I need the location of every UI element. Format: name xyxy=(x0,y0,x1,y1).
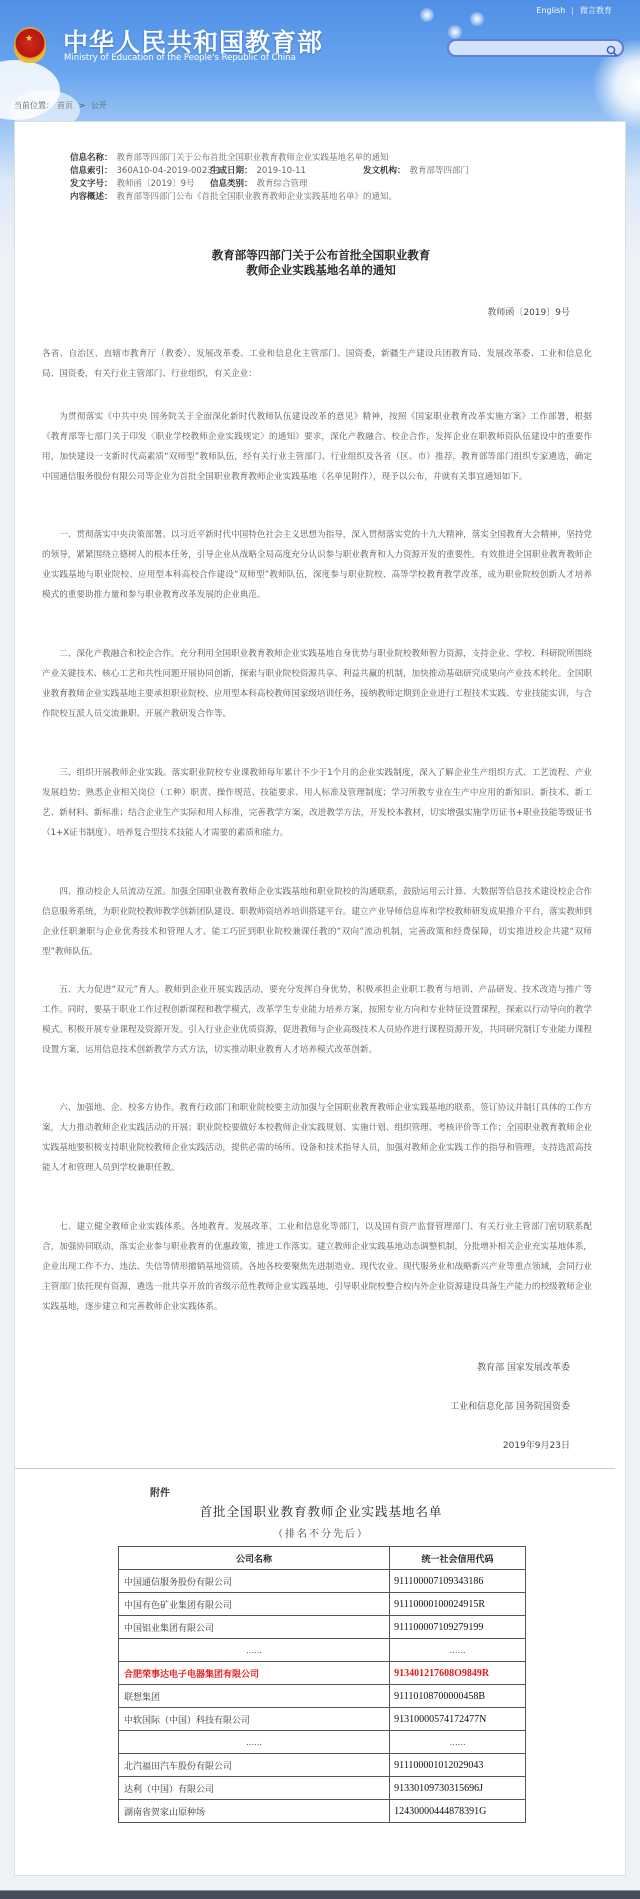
credit-code: 911100001012029043 xyxy=(390,1754,526,1777)
dandelion-seed-decoration xyxy=(470,12,484,26)
table-row: 北汽福田汽车股份有限公司911100001012029043 xyxy=(119,1754,526,1777)
english-link[interactable]: English xyxy=(536,6,565,15)
meta-label: 生成日期： xyxy=(210,165,253,178)
table-row: 中国铝业集团有限公司911100007109279199 xyxy=(119,1616,526,1639)
company-name: 北汽福田汽车股份有限公司 xyxy=(119,1754,390,1777)
addressee: 各省、自治区、直辖市教育厅（教委）、发展改革委、工业和信息化主管部门、国资委，新… xyxy=(42,344,592,384)
company-name: 湖南省贺家山原种场 xyxy=(119,1800,390,1823)
attachment-note: （排名不分先后） xyxy=(15,1525,627,1540)
credit-code: 911100007109279199 xyxy=(390,1616,526,1639)
title-line-2: 教师企业实践基地名单的通知 xyxy=(15,263,627,278)
meta-value: 360A10-04-2019-0023-1 xyxy=(117,165,222,178)
breadcrumb-home[interactable]: 首页 xyxy=(57,101,73,110)
company-name: 中软国际（中国）科技有限公司 xyxy=(119,1708,390,1731)
meta-value: 教育综合管理 xyxy=(257,178,308,191)
table-row: 中国通信服务股份有限公司911100007109343186 xyxy=(119,1570,526,1593)
credit-code: 12430000444878391G xyxy=(390,1800,526,1823)
link-separator: | xyxy=(571,6,574,15)
table-row-highlighted: 合肥荣事达电子电器集团有限公司913401217608O9849R xyxy=(119,1662,526,1685)
signature-line-1: 教育部 国家发展改革委 xyxy=(477,1360,570,1373)
table-row: 湖南省贺家山原种场12430000444878391G xyxy=(119,1800,526,1823)
attachment-title: 首批全国职业教育教师企业实践基地名单 xyxy=(15,1502,627,1520)
meta-row-index: 信息索引：360A10-04-2019-0023-1 生成日期：2019-10-… xyxy=(70,165,397,178)
site-subtitle: Ministry of Education of the People's Re… xyxy=(64,53,296,63)
ellipsis-cell: …… xyxy=(390,1639,526,1662)
credit-code: 91110000100024915R xyxy=(390,1593,526,1616)
signature-date: 2019年9月23日 xyxy=(503,1438,570,1451)
credit-code: 91110108700000458B xyxy=(390,1685,526,1708)
breadcrumb-separator: > xyxy=(79,101,86,110)
document-title: 教育部等四部门关于公布首批全国职业教育 教师企业实践基地名单的通知 xyxy=(15,248,627,278)
breadcrumb-prefix: 当前位置： xyxy=(14,101,54,110)
section-divider xyxy=(15,1468,615,1469)
table-row-ellipsis: ………… xyxy=(119,1639,526,1662)
table-row: 中软国际（中国）科技有限公司91310000574172477N xyxy=(119,1708,526,1731)
weiyan-education-link[interactable]: 微言教育 xyxy=(580,5,612,16)
dandelion-seed-decoration xyxy=(420,8,434,22)
credit-code: 91310000574172477N xyxy=(390,1708,526,1731)
company-name: 达利（中国）有限公司 xyxy=(119,1777,390,1800)
column-header-credit-code: 统一社会信用代码 xyxy=(390,1547,526,1570)
article-container: 信息名称：教育部等四部门关于公布首批全国职业教育教师企业实践基地名单的通知 信息… xyxy=(14,121,626,1876)
document-number: 教师函〔2019〕9号 xyxy=(487,305,570,318)
company-name: 中国有色矿业集团有限公司 xyxy=(119,1593,390,1616)
paragraph-1: 一、贯彻落实中央决策部署。以习近平新时代中国特色社会主义思想为指导，深入贯彻落实… xyxy=(42,525,592,605)
search-input[interactable] xyxy=(449,46,599,60)
breadcrumb: 当前位置：首页 > 公开 xyxy=(14,100,110,111)
credit-code: 91330109730315696J xyxy=(390,1777,526,1800)
page-footer xyxy=(0,1890,640,1899)
meta-row-docno: 发文字号：教师函〔2019〕9号 信息类别：教育综合管理 xyxy=(70,178,397,191)
credit-code: 913401217608O9849R xyxy=(390,1662,526,1685)
paragraph-4: 四、推动校企人员流动互派。加强全国职业教育教师企业实践基地和职业院校的沟通联系，… xyxy=(42,882,592,962)
attachment-label: 附件 xyxy=(150,1484,170,1499)
breadcrumb-public[interactable]: 公开 xyxy=(91,101,107,110)
meta-value: 2019-10-11 xyxy=(257,165,306,178)
table-row: 中国有色矿业集团有限公司91110000100024915R xyxy=(119,1593,526,1616)
paragraph-5: 五、大力促进“双元”育人。教师到企业开展实践活动，要充分发挥自身优势，积极承担企… xyxy=(42,980,592,1060)
table-header-row: 公司名称 统一社会信用代码 xyxy=(119,1547,526,1570)
ellipsis-cell: …… xyxy=(390,1731,526,1754)
paragraph-6: 六、加强地、企、校多方协作。教育行政部门和职业院校要主动加强与全国职业教育教师企… xyxy=(42,1098,592,1178)
meta-value: 教育部等四部门关于公布首批全国职业教育教师企业实践基地名单的通知 xyxy=(117,152,389,165)
dandelion-seed-decoration xyxy=(448,25,462,39)
meta-label: 信息名称： xyxy=(70,152,113,165)
meta-value: 教育部等四部门公布《首批全国职业教育教师企业实践基地名单》的通知。 xyxy=(117,191,398,204)
company-name: 合肥荣事达电子电器集团有限公司 xyxy=(119,1662,390,1685)
meta-row-name: 信息名称：教育部等四部门关于公布首批全国职业教育教师企业实践基地名单的通知 xyxy=(70,152,397,165)
national-emblem-icon xyxy=(14,27,46,63)
table-row: 联想集团91110108700000458B xyxy=(119,1685,526,1708)
meta-label: 发文机构： xyxy=(363,165,406,178)
meta-label: 信息索引： xyxy=(70,165,113,178)
info-meta-table: 信息名称：教育部等四部门关于公布首批全国职业教育教师企业实践基地名单的通知 信息… xyxy=(70,152,397,204)
meta-value: 教师函〔2019〕9号 xyxy=(117,178,195,191)
ellipsis-cell: …… xyxy=(119,1639,390,1662)
top-links: English | 微言教育 xyxy=(536,5,612,16)
paragraph-3: 三、组织开展教师企业实践。落实职业院校专业课教师每年累计不少于1个月的企业实践制… xyxy=(42,763,592,843)
column-header-company: 公司名称 xyxy=(119,1547,390,1570)
enterprise-list-table: 公司名称 统一社会信用代码 中国通信服务股份有限公司91110000710934… xyxy=(118,1546,526,1823)
company-name: 联想集团 xyxy=(119,1685,390,1708)
credit-code: 911100007109343186 xyxy=(390,1570,526,1593)
table-row: 达利（中国）有限公司91330109730315696J xyxy=(119,1777,526,1800)
ellipsis-cell: …… xyxy=(119,1731,390,1754)
paragraph-2: 二、深化产教融合和校企合作。充分利用全国职业教育教师企业实践基地自身优势与职业院… xyxy=(42,644,592,724)
meta-label: 内容概述： xyxy=(70,191,113,204)
company-name: 中国通信服务股份有限公司 xyxy=(119,1570,390,1593)
table-row-ellipsis: ………… xyxy=(119,1731,526,1754)
meta-row-summary: 内容概述：教育部等四部门公布《首批全国职业教育教师企业实践基地名单》的通知。 xyxy=(70,191,397,204)
paragraph-7: 七、建立健全教师企业实践体系。各地教育、发展改革、工业和信息化等部门，以及国有资… xyxy=(42,1217,592,1317)
company-name: 中国铝业集团有限公司 xyxy=(119,1616,390,1639)
search-box[interactable] xyxy=(447,39,624,57)
meta-label: 信息类别： xyxy=(210,178,253,191)
paragraph-intro: 为贯彻落实《中共中央 国务院关于全面深化新时代教师队伍建设改革的意见》精神，按照… xyxy=(42,407,592,487)
meta-value: 教育部等四部门 xyxy=(410,165,470,178)
meta-label: 发文字号： xyxy=(70,178,113,191)
search-icon[interactable] xyxy=(606,42,618,54)
signature-line-2: 工业和信息化部 国务院国资委 xyxy=(450,1399,570,1412)
title-line-1: 教育部等四部门关于公布首批全国职业教育 xyxy=(15,248,627,263)
